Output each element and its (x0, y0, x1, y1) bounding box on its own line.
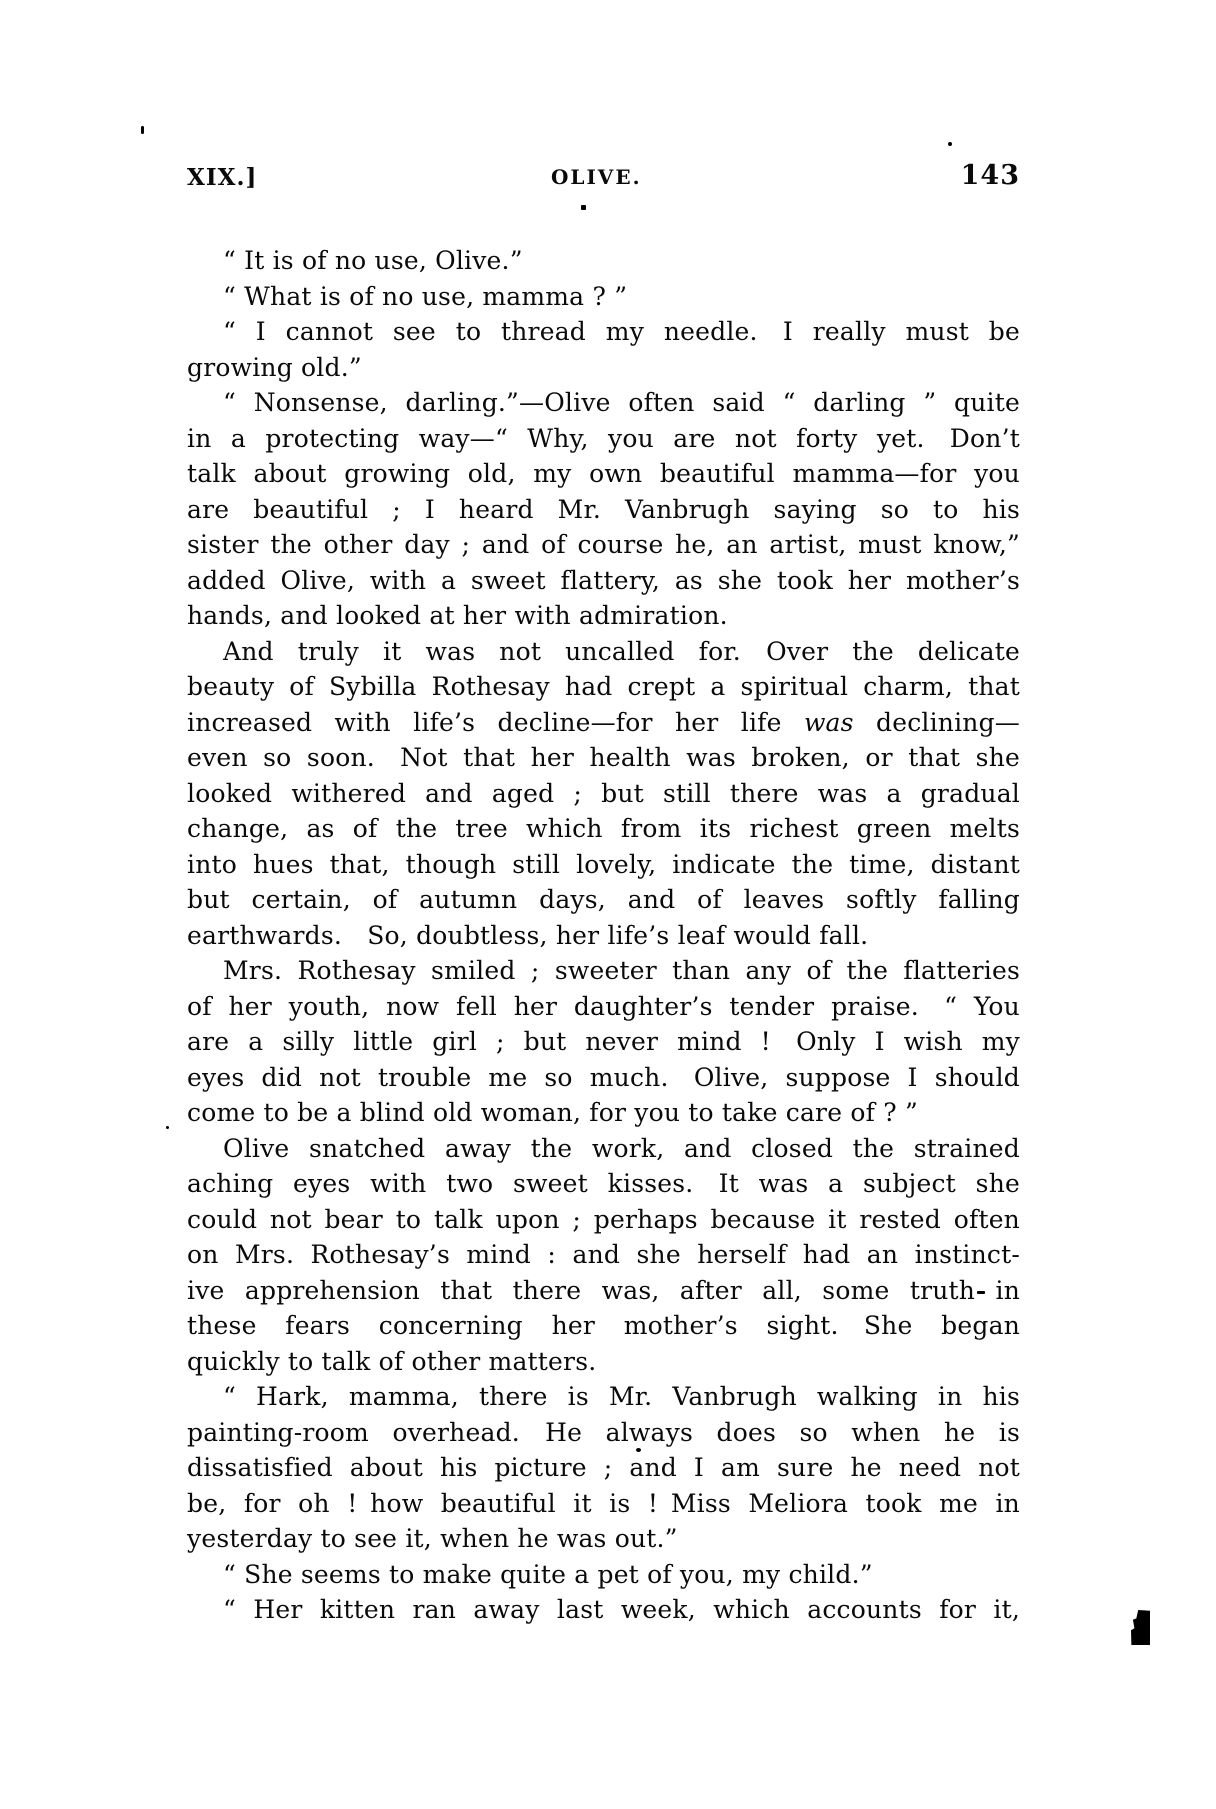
chapter-number: XIX.] (187, 164, 257, 191)
text-line: added Olive, with a sweet flattery, as s… (187, 563, 1020, 599)
text-line: “ She seems to make quite a pet of you, … (187, 1557, 1020, 1593)
text-line: on Mrs. Rothesay’s mind : and she hersel… (187, 1237, 1020, 1273)
page-number: 143 (961, 160, 1020, 191)
paragraph: “ Nonsense, darling.”—Olive often said “… (187, 385, 1020, 634)
book-page: XIX.] OLIVE. 143 “ It is of no use, Oliv… (0, 0, 1216, 1809)
text-line: aching eyes with two sweet kisses. It wa… (187, 1166, 1020, 1202)
text-line: And truly it was not uncalled for. Over … (187, 634, 1020, 670)
paragraph: And truly it was not uncalled for. Over … (187, 634, 1020, 954)
text-line: quickly to talk of other matters. (187, 1344, 1020, 1380)
text-line: be, for oh ! how beautiful it is ! Miss … (187, 1486, 1020, 1522)
text-line: into hues that, though still lovely, ind… (187, 847, 1020, 883)
text-line: are beautiful ; I heard Mr. Vanbrugh say… (187, 492, 1020, 528)
paragraph: Mrs. Rothesay smiled ; sweeter than any … (187, 953, 1020, 1131)
text-line: “ It is of no use, Olive.” (187, 243, 1020, 279)
running-header: XIX.] OLIVE. 143 (187, 155, 1020, 191)
paragraph: “ It is of no use, Olive.” (187, 243, 1020, 279)
text-line: Olive snatched away the work, and closed… (187, 1131, 1020, 1167)
text-line: come to be a blind old woman, for you to… (187, 1095, 1020, 1131)
text-block: “ It is of no use, Olive.”“ What is of n… (187, 243, 1020, 1628)
text-line: these fears concerning her mother’s sigh… (187, 1308, 1020, 1344)
scan-speck (581, 205, 586, 210)
text-line: Mrs. Rothesay smiled ; sweeter than any … (187, 953, 1020, 989)
text-line: yesterday to see it, when he was out.” (187, 1521, 1020, 1557)
text-line: in a protecting way—“ Why, you are not f… (187, 421, 1020, 457)
paragraph: Olive snatched away the work, and closed… (187, 1131, 1020, 1380)
paragraph: “ Hark, mamma, there is Mr. Vanbrugh wal… (187, 1379, 1020, 1557)
text-line: beauty of Sybilla Rothesay had crept a s… (187, 669, 1020, 705)
text-line: dissatisfied about his picture ; and I a… (187, 1450, 1020, 1486)
ink-mark (1131, 1610, 1150, 1645)
text-line: ive apprehension that there was, after a… (187, 1273, 1020, 1309)
scan-speck (948, 142, 952, 146)
text-line: “ Hark, mamma, there is Mr. Vanbrugh wal… (187, 1379, 1020, 1415)
scan-speck (977, 1291, 985, 1294)
text-line: but certain, of autumn days, and of leav… (187, 882, 1020, 918)
book-title: OLIVE. (551, 165, 642, 189)
text-line: “ Nonsense, darling.”—Olive often said “… (187, 385, 1020, 421)
scan-speck (636, 1448, 641, 1452)
paragraph: “ She seems to make quite a pet of you, … (187, 1557, 1020, 1593)
text-line: could not bear to talk upon ; perhaps be… (187, 1202, 1020, 1238)
paragraph: “ Her kitten ran away last week, which a… (187, 1592, 1020, 1628)
text-line: are a silly little girl ; but never mind… (187, 1024, 1020, 1060)
text-line: even so soon. Not that her health was br… (187, 740, 1020, 776)
text-line: hands, and looked at her with admiration… (187, 598, 1020, 634)
text-line: eyes did not trouble me so much. Olive, … (187, 1060, 1020, 1096)
text-line: “ I cannot see to thread my needle. I re… (187, 314, 1020, 350)
text-line: painting-room overhead. He always does s… (187, 1415, 1020, 1451)
text-line: “ What is of no use, mamma ? ” (187, 279, 1020, 315)
text-line: talk about growing old, my own beautiful… (187, 456, 1020, 492)
text-line: increased with life’s decline—for her li… (187, 705, 1020, 741)
scan-speck (166, 1126, 169, 1129)
text-line: “ Her kitten ran away last week, which a… (187, 1592, 1020, 1628)
paragraph: “ What is of no use, mamma ? ” (187, 279, 1020, 315)
text-line: earthwards. So, doubtless, her life’s le… (187, 918, 1020, 954)
text-line: looked withered and aged ; but still the… (187, 776, 1020, 812)
text-line: sister the other day ; and of course he,… (187, 527, 1020, 563)
text-line: growing old.” (187, 350, 1020, 386)
text-line: change, as of the tree which from its ri… (187, 811, 1020, 847)
text-line: of her youth, now fell her daughter’s te… (187, 989, 1020, 1025)
paragraph: “ I cannot see to thread my needle. I re… (187, 314, 1020, 385)
scan-speck (141, 126, 144, 134)
